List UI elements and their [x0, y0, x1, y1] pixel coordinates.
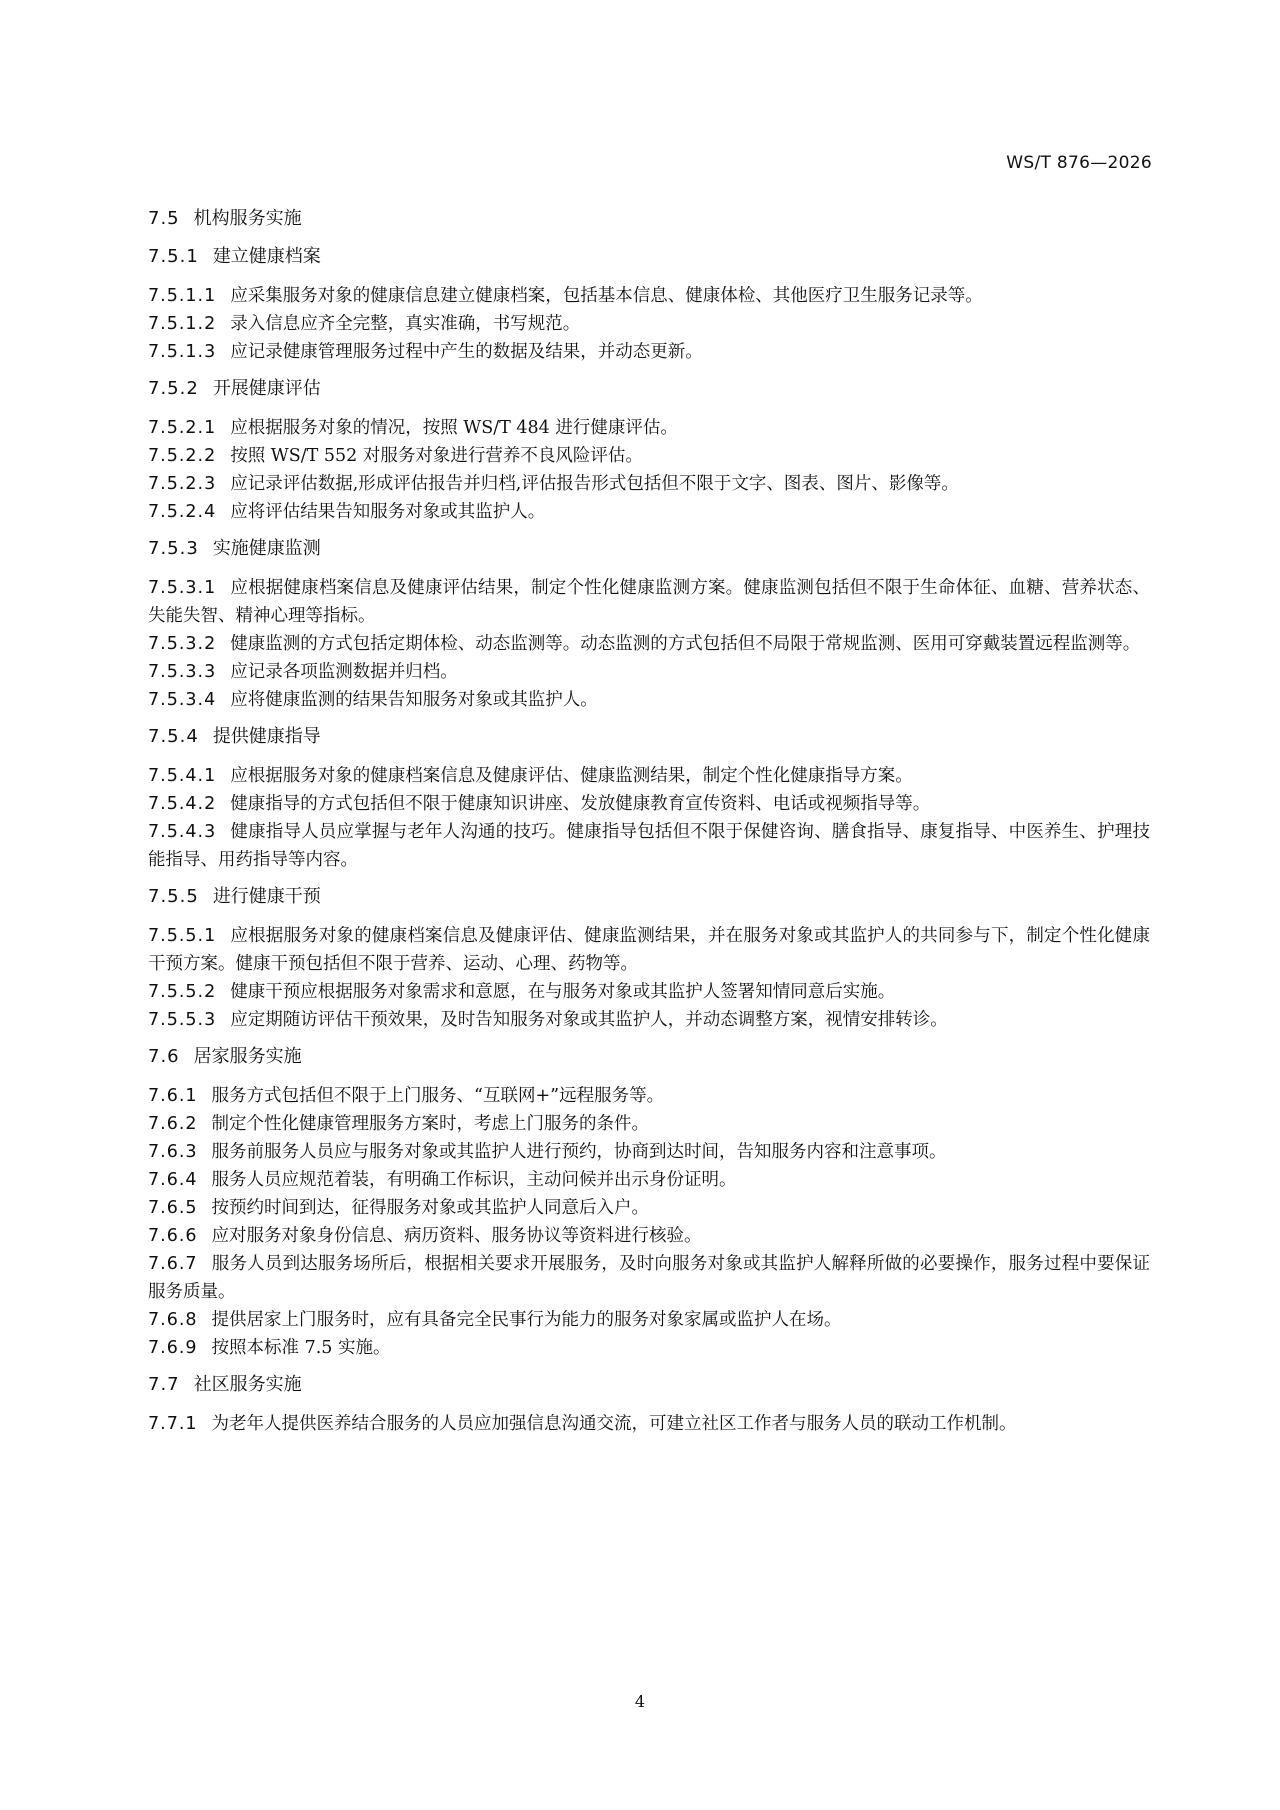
- clause-text: 按照本标准 7.5 实施。: [212, 1338, 391, 1358]
- clause-paragraph: 7.6.9按照本标准 7.5 实施。: [148, 1334, 1150, 1362]
- clause-number: 7.5.3.2: [148, 634, 216, 654]
- clause-text: 应记录健康管理服务过程中产生的数据及结果，并动态更新。: [230, 342, 703, 362]
- clause-text: 应记录评估数据,形成评估报告并归档,评估报告形式包括但不限于文字、图表、图片、影…: [230, 474, 959, 494]
- clause-paragraph: 7.5.3.1应根据健康档案信息及健康评估结果，制定个性化健康监测方案。健康监测…: [148, 574, 1150, 630]
- clause-text: 录入信息应齐全完整，真实准确，书写规范。: [230, 314, 580, 334]
- clause-text: 服务人员应规范着装，有明确工作标识，主动问候并出示身份证明。: [212, 1170, 737, 1190]
- clause-text: 健康监测的方式包括定期体检、动态监测等。动态监测的方式包括但不局限于常规监测、医…: [230, 634, 1140, 654]
- clause-paragraph: 7.5.4.3健康指导人员应掌握与老年人沟通的技巧。健康指导包括但不限于保健咨询…: [148, 818, 1150, 874]
- clause-paragraph: 7.5.4.2健康指导的方式包括但不限于健康知识讲座、发放健康教育宣传资料、电话…: [148, 790, 1150, 818]
- clause-number: 7.5.5.3: [148, 1010, 216, 1030]
- clause-text: 应将评估结果告知服务对象或其监护人。: [230, 502, 545, 522]
- clause-text: 应对服务对象身份信息、病历资料、服务协议等资料进行核验。: [212, 1226, 702, 1246]
- clause-text: 应根据服务对象的健康档案信息及健康评估、健康监测结果，并在服务对象或其监护人的共…: [148, 926, 1150, 974]
- clause-text: 实施健康监测: [213, 538, 321, 559]
- clause-text: 按预约时间到达，征得服务对象或其监护人同意后入户。: [212, 1198, 650, 1218]
- page-number: 4: [0, 1692, 1280, 1711]
- clause-paragraph: 7.5.2.2按照 WS/T 552 对服务对象进行营养不良风险评估。: [148, 442, 1150, 470]
- clause-number: 7.5.4.2: [148, 794, 216, 814]
- clause-number: 7.5.2.3: [148, 474, 216, 494]
- clause-number: 7.5.1: [148, 244, 199, 270]
- subsection-heading: 7.5.2开展健康评估: [148, 376, 1150, 402]
- clause-number: 7.5.5.2: [148, 982, 216, 1002]
- clause-number: 7.6.2: [148, 1114, 198, 1134]
- clause-paragraph: 7.6.5按预约时间到达，征得服务对象或其监护人同意后入户。: [148, 1194, 1150, 1222]
- clause-number: 7.5.4: [148, 724, 199, 750]
- clause-number: 7.5.1.1: [148, 286, 216, 306]
- clause-paragraph: 7.6.8提供居家上门服务时，应有具备完全民事行为能力的服务对象家属或监护人在场…: [148, 1306, 1150, 1334]
- clause-paragraph: 7.6.7服务人员到达服务场所后，根据相关要求开展服务，及时向服务对象或其监护人…: [148, 1250, 1150, 1306]
- clause-text: 应根据健康档案信息及健康评估结果，制定个性化健康监测方案。健康监测包括但不限于生…: [148, 578, 1150, 626]
- clause-text: 服务方式包括但不限于上门服务、“互联网+”远程服务等。: [212, 1086, 665, 1106]
- clause-text: 健康干预应根据服务对象需求和意愿，在与服务对象或其监护人签署知情同意后实施。: [230, 982, 895, 1002]
- clause-paragraph: 7.5.1.1应采集服务对象的健康信息建立健康档案，包括基本信息、健康体检、其他…: [148, 282, 1150, 310]
- clause-text: 按照 WS/T 552 对服务对象进行营养不良风险评估。: [230, 446, 643, 466]
- clause-number: 7.5.1.3: [148, 342, 216, 362]
- subsection-heading: 7.5.4提供健康指导: [148, 724, 1150, 750]
- clause-text: 开展健康评估: [213, 378, 321, 399]
- clause-text: 服务前服务人员应与服务对象或其监护人进行预约，协商到达时间，告知服务内容和注意事…: [212, 1142, 947, 1162]
- document-code: WS/T 876—2026: [1006, 153, 1152, 173]
- clause-number: 7.5.3: [148, 536, 199, 562]
- clause-paragraph: 7.5.3.2健康监测的方式包括定期体检、动态监测等。动态监测的方式包括但不局限…: [148, 630, 1150, 658]
- clause-text: 为老年人提供医养结合服务的人员应加强信息沟通交流，可建立社区工作者与服务人员的联…: [212, 1414, 1017, 1434]
- clause-number: 7.6.9: [148, 1338, 198, 1358]
- clause-paragraph: 7.5.3.4应将健康监测的结果告知服务对象或其监护人。: [148, 686, 1150, 714]
- document-body: 7.5机构服务实施7.5.1建立健康档案7.5.1.1应采集服务对象的健康信息建…: [148, 206, 1150, 1438]
- clause-paragraph: 7.5.1.3应记录健康管理服务过程中产生的数据及结果，并动态更新。: [148, 338, 1150, 366]
- clause-number: 7.6.3: [148, 1142, 198, 1162]
- clause-paragraph: 7.5.5.1应根据服务对象的健康档案信息及健康评估、健康监测结果，并在服务对象…: [148, 922, 1150, 978]
- clause-text: 提供健康指导: [213, 726, 321, 747]
- clause-paragraph: 7.5.3.3应记录各项监测数据并归档。: [148, 658, 1150, 686]
- clause-paragraph: 7.5.2.4应将评估结果告知服务对象或其监护人。: [148, 498, 1150, 526]
- clause-text: 应记录各项监测数据并归档。: [230, 662, 458, 682]
- clause-number: 7.6.7: [148, 1254, 198, 1274]
- clause-number: 7.5.4.1: [148, 766, 216, 786]
- clause-number: 7.5.3.1: [148, 578, 216, 598]
- clause-text: 应根据服务对象的健康档案信息及健康评估、健康监测结果，制定个性化健康指导方案。: [230, 766, 913, 786]
- clause-paragraph: 7.5.1.2录入信息应齐全完整，真实准确，书写规范。: [148, 310, 1150, 338]
- clause-number: 7.5.2: [148, 376, 199, 402]
- clause-number: 7.5.2.1: [148, 418, 216, 438]
- clause-paragraph: 7.5.5.2健康干预应根据服务对象需求和意愿，在与服务对象或其监护人签署知情同…: [148, 978, 1150, 1006]
- clause-paragraph: 7.6.6应对服务对象身份信息、病历资料、服务协议等资料进行核验。: [148, 1222, 1150, 1250]
- clause-text: 进行健康干预: [213, 886, 321, 907]
- clause-number: 7.5.4.3: [148, 822, 216, 842]
- clause-text: 健康指导人员应掌握与老年人沟通的技巧。健康指导包括但不限于保健咨询、膳食指导、康…: [148, 822, 1150, 870]
- section-heading: 7.6居家服务实施: [148, 1044, 1150, 1070]
- clause-text: 服务人员到达服务场所后，根据相关要求开展服务，及时向服务对象或其监护人解释所做的…: [148, 1254, 1150, 1302]
- clause-number: 7.7.1: [148, 1414, 198, 1434]
- clause-paragraph: 7.5.5.3应定期随访评估干预效果，及时告知服务对象或其监护人，并动态调整方案…: [148, 1006, 1150, 1034]
- clause-paragraph: 7.7.1为老年人提供医养结合服务的人员应加强信息沟通交流，可建立社区工作者与服…: [148, 1410, 1150, 1438]
- clause-paragraph: 7.6.4服务人员应规范着装，有明确工作标识，主动问候并出示身份证明。: [148, 1166, 1150, 1194]
- clause-number: 7.5.5: [148, 884, 199, 910]
- clause-number: 7.6.8: [148, 1310, 198, 1330]
- clause-number: 7.5.3.3: [148, 662, 216, 682]
- clause-number: 7.5.2.4: [148, 502, 216, 522]
- clause-text: 提供居家上门服务时，应有具备完全民事行为能力的服务对象家属或监护人在场。: [212, 1310, 842, 1330]
- clause-text: 应定期随访评估干预效果，及时告知服务对象或其监护人，并动态调整方案，视情安排转诊…: [230, 1010, 948, 1030]
- clause-number: 7.7: [148, 1372, 180, 1398]
- clause-number: 7.6.5: [148, 1198, 198, 1218]
- clause-number: 7.5: [148, 206, 180, 232]
- subsection-heading: 7.5.5进行健康干预: [148, 884, 1150, 910]
- clause-text: 建立健康档案: [213, 246, 321, 267]
- clause-text: 居家服务实施: [194, 1046, 302, 1067]
- clause-text: 社区服务实施: [194, 1374, 302, 1395]
- clause-paragraph: 7.5.2.3应记录评估数据,形成评估报告并归档,评估报告形式包括但不限于文字、…: [148, 470, 1150, 498]
- document-page: WS/T 876—2026 7.5机构服务实施7.5.1建立健康档案7.5.1.…: [0, 0, 1280, 1810]
- subsection-heading: 7.5.3实施健康监测: [148, 536, 1150, 562]
- clause-number: 7.6.4: [148, 1170, 198, 1190]
- subsection-heading: 7.5.1建立健康档案: [148, 244, 1150, 270]
- clause-text: 机构服务实施: [194, 208, 302, 229]
- clause-number: 7.6.6: [148, 1226, 198, 1246]
- clause-number: 7.6.1: [148, 1086, 198, 1106]
- clause-number: 7.5.5.1: [148, 926, 216, 946]
- clause-text: 制定个性化健康管理服务方案时，考虑上门服务的条件。: [212, 1114, 650, 1134]
- section-heading: 7.5机构服务实施: [148, 206, 1150, 232]
- clause-paragraph: 7.5.2.1应根据服务对象的情况，按照 WS/T 484 进行健康评估。: [148, 414, 1150, 442]
- clause-text: 健康指导的方式包括但不限于健康知识讲座、发放健康教育宣传资料、电话或视频指导等。: [230, 794, 930, 814]
- clause-text: 应将健康监测的结果告知服务对象或其监护人。: [230, 690, 598, 710]
- clause-number: 7.5.1.2: [148, 314, 216, 334]
- clause-number: 7.5.3.4: [148, 690, 216, 710]
- clause-paragraph: 7.6.2制定个性化健康管理服务方案时，考虑上门服务的条件。: [148, 1110, 1150, 1138]
- clause-paragraph: 7.5.4.1应根据服务对象的健康档案信息及健康评估、健康监测结果，制定个性化健…: [148, 762, 1150, 790]
- clause-number: 7.5.2.2: [148, 446, 216, 466]
- clause-text: 应根据服务对象的情况，按照 WS/T 484 进行健康评估。: [230, 418, 678, 438]
- clause-paragraph: 7.6.3服务前服务人员应与服务对象或其监护人进行预约，协商到达时间，告知服务内…: [148, 1138, 1150, 1166]
- clause-number: 7.6: [148, 1044, 180, 1070]
- clause-text: 应采集服务对象的健康信息建立健康档案，包括基本信息、健康体检、其他医疗卫生服务记…: [230, 286, 983, 306]
- section-heading: 7.7社区服务实施: [148, 1372, 1150, 1398]
- clause-paragraph: 7.6.1服务方式包括但不限于上门服务、“互联网+”远程服务等。: [148, 1082, 1150, 1110]
